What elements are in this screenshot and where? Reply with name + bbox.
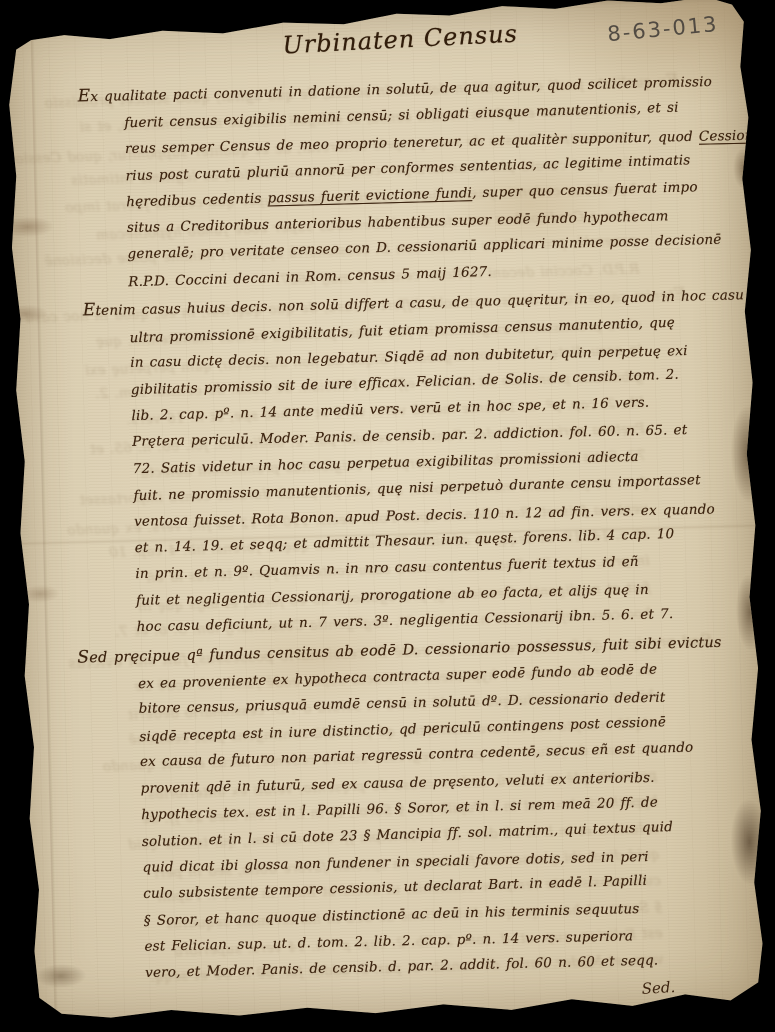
manuscript-scan: Ex qualitate pacti convenuti in datione …: [0, 0, 775, 1032]
manuscript-title: Urbinaten Census: [282, 20, 519, 60]
paragraph: Ex qualitate pacti convenuti in datione …: [31, 67, 734, 296]
paper-sheet: Ex qualitate pacti convenuti in datione …: [0, 0, 775, 1032]
archive-number: 8-63-013: [606, 12, 719, 46]
text-block: Ex qualitate pacti convenuti in datione …: [31, 67, 751, 989]
paragraph: Sed pręcipue qª fundus censitus ab eodē …: [45, 628, 751, 989]
catchword: Sed.: [641, 976, 702, 998]
paragraph: Etenim casus huius decis. non solū diffe…: [37, 282, 743, 643]
manuscript-content: Urbinaten Census 8-63-013 Ex qualitate p…: [30, 9, 752, 1020]
